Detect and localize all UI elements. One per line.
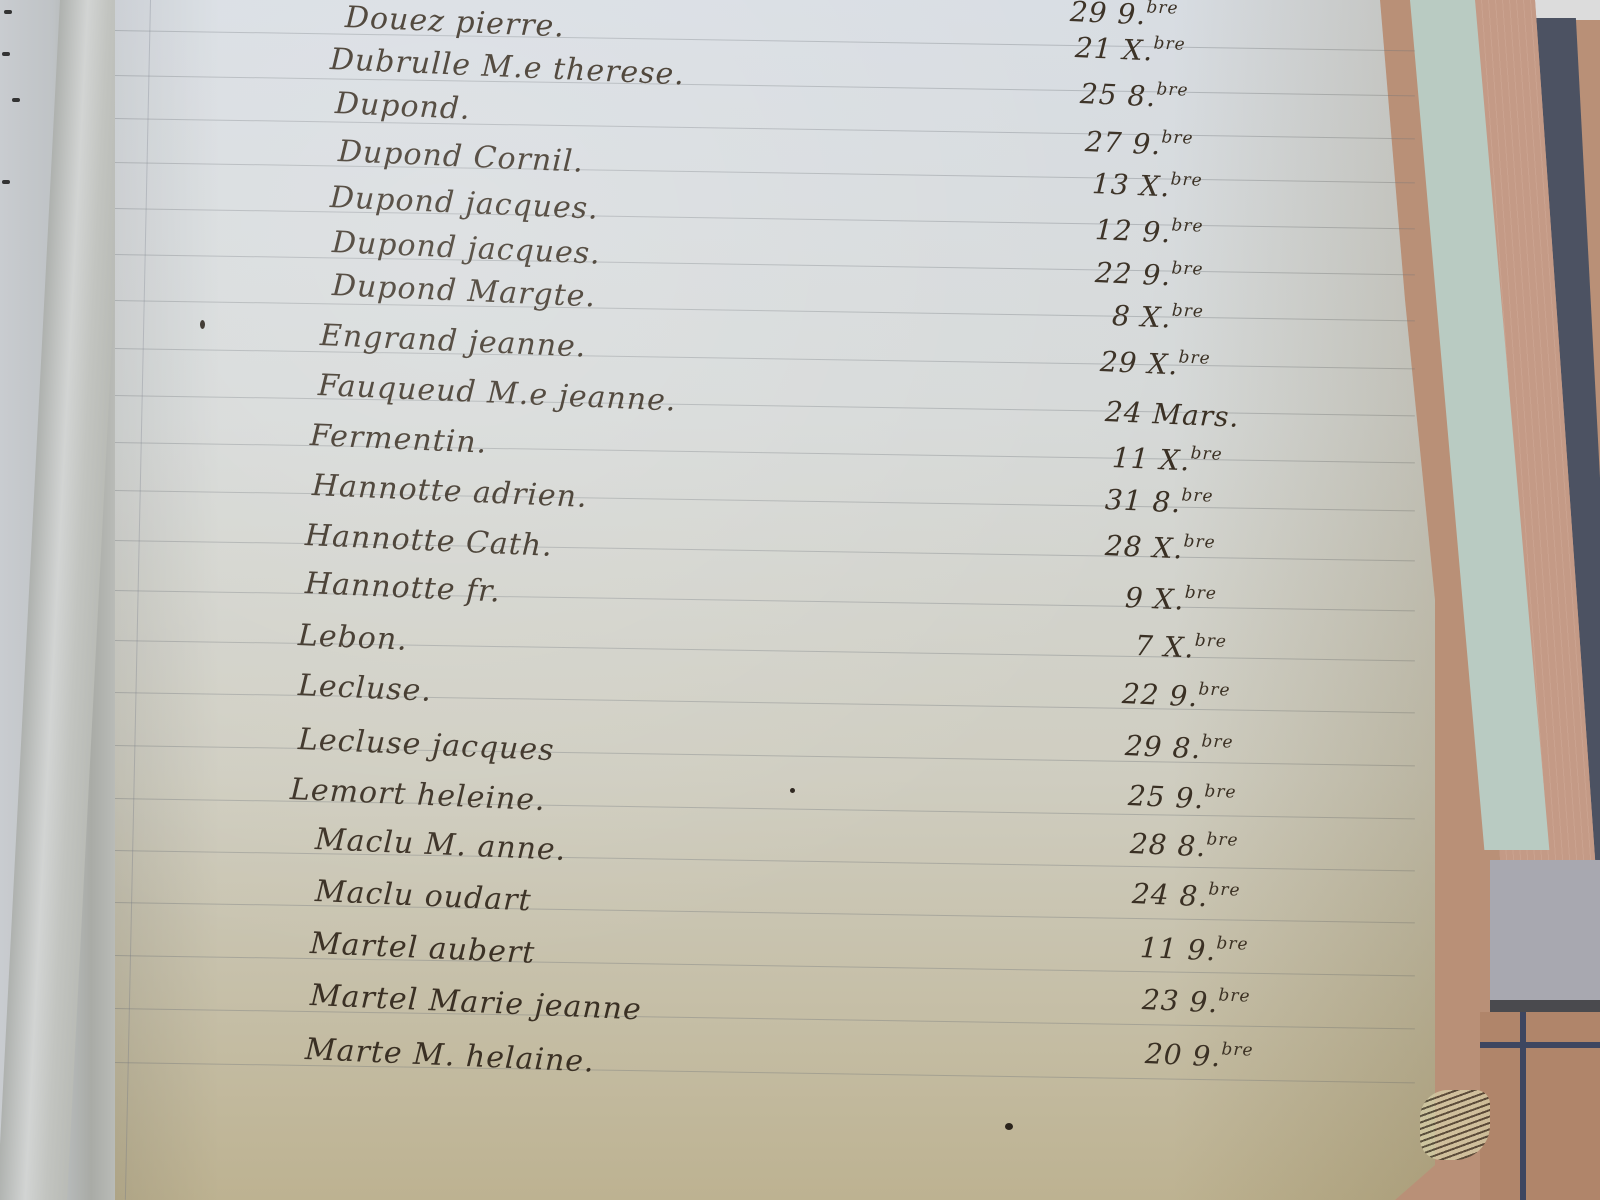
entry-date: 13 X.bre (1091, 166, 1203, 205)
entry-date: 27 9.bre (1084, 124, 1194, 163)
entry-month: 9. (1189, 985, 1219, 1019)
worn-page-corner (1420, 1090, 1490, 1160)
entry-date: 12 9.bre (1094, 212, 1204, 251)
entry-date: 29 X.bre (1099, 344, 1211, 383)
entry-day: 25 (1127, 779, 1166, 814)
entry-month-suffix: bre (1156, 79, 1189, 100)
entry-month-suffix: bre (1208, 879, 1241, 900)
entry-month-suffix: bre (1190, 443, 1223, 464)
entry-month-suffix: bre (1183, 531, 1216, 552)
entry-day: 22 (1094, 256, 1133, 291)
entry-day: 23 (1141, 983, 1180, 1018)
entry-month-suffix: bre (1178, 347, 1211, 368)
entry-month-suffix: bre (1201, 731, 1234, 752)
entry-day: 25 (1079, 77, 1118, 112)
entry-name: Dupond Margte. (331, 268, 596, 314)
entry-date: 29 8.bre (1124, 728, 1234, 767)
entry-name: Marte M. helaine. (304, 1032, 595, 1080)
entry-day: 24 (1104, 395, 1143, 430)
entry-date: 28 X.bre (1104, 528, 1216, 567)
entry-day: 27 (1084, 125, 1123, 160)
entry-date: 22 9.bre (1121, 676, 1231, 715)
entry-day: 20 (1144, 1037, 1183, 1072)
entry-date: 9 X.bre (1124, 580, 1217, 618)
entry-day: 12 (1094, 213, 1133, 248)
entry-name: Dubrulle M.e therese. (329, 42, 685, 92)
entry-date: 25 9.bre (1127, 778, 1237, 817)
entry-name: Maclu oudart (314, 874, 532, 918)
entry-month: 9. (1187, 933, 1217, 967)
entry-name: Fauqueud M.e jeanne. (317, 368, 677, 419)
entry-name: Lecluse. (297, 668, 432, 709)
entry-month: 8. (1177, 829, 1207, 863)
entry-month: Mars. (1152, 397, 1240, 434)
entry-month: 9. (1117, 0, 1147, 31)
entry-month: 8. (1172, 731, 1202, 765)
entry-name: Hannotte fr. (304, 566, 501, 610)
ink-dot (790, 788, 795, 793)
entry-day: 7 (1134, 629, 1154, 663)
entry-month: 9. (1132, 127, 1162, 161)
entry-month-suffix: bre (1204, 781, 1237, 802)
entry-day: 13 (1091, 167, 1130, 202)
entry-month-suffix: bre (1171, 258, 1204, 279)
entry-name: Dupond Cornil. (337, 134, 584, 180)
entry-month-suffix: bre (1171, 215, 1204, 236)
entry-day: 31 (1104, 483, 1143, 518)
entry-name: Dupond jacques. (331, 225, 601, 272)
entry-month-suffix: bre (1216, 933, 1249, 954)
entry-month: X. (1139, 169, 1171, 203)
register-entries: Douez pierre. Dubrulle M.e therese. Dupo… (0, 0, 1600, 1200)
entry-month-suffix: bre (1221, 1039, 1254, 1060)
entry-name: Lemort heleine. (289, 772, 546, 818)
entry-date: 20 9.bre (1144, 1036, 1254, 1075)
entry-month: X. (1153, 582, 1185, 616)
entry-month-suffix: bre (1170, 169, 1203, 190)
entry-month: X. (1163, 630, 1195, 664)
entry-date: 29 9.bre (1069, 0, 1179, 33)
entry-date: 7 X.bre (1134, 628, 1227, 666)
entry-name: Dupond jacques. (329, 180, 599, 227)
entry-day: 8 (1111, 299, 1131, 333)
entry-day: 22 (1121, 677, 1160, 712)
entry-date: 11 9.bre (1139, 930, 1249, 969)
entry-date: 22 9.bre (1094, 255, 1204, 294)
entry-name: Lecluse jacques (297, 722, 555, 768)
entry-name: Dupond. (334, 86, 471, 127)
entry-date: 23 9.bre (1141, 982, 1251, 1021)
entry-date: 11 X.bre (1111, 440, 1223, 479)
entry-day: 21 (1074, 31, 1113, 66)
entry-day: 29 (1124, 729, 1163, 764)
entry-name: Hannotte adrien. (311, 468, 588, 515)
entry-date: 25 8.bre (1079, 76, 1189, 115)
entry-month-suffix: bre (1161, 127, 1194, 148)
entry-month: 8. (1127, 79, 1157, 113)
entry-month: X. (1159, 443, 1191, 477)
entry-day: 11 (1139, 931, 1178, 966)
entry-name: Martel Marie jeanne (309, 978, 642, 1027)
entry-name: Maclu M. anne. (314, 822, 567, 868)
entry-name: Fermentin. (309, 418, 488, 461)
entry-month-suffix: bre (1194, 631, 1227, 652)
entry-month-suffix: bre (1206, 829, 1239, 850)
entry-day: 28 (1129, 827, 1168, 862)
entry-month: 9. (1192, 1039, 1222, 1073)
entry-name: Martel aubert (309, 926, 536, 971)
entry-month: 9. (1169, 679, 1199, 713)
entry-month: X. (1122, 33, 1154, 67)
entry-date: 24 8.bre (1131, 876, 1241, 915)
entry-date: 24 Mars. (1104, 394, 1240, 434)
entry-date: 28 8.bre (1129, 826, 1239, 865)
entry-day: 29 (1069, 0, 1108, 30)
entry-month: X. (1140, 300, 1172, 334)
entry-month-suffix: bre (1153, 33, 1186, 54)
entry-month-suffix: bre (1198, 679, 1231, 700)
entry-day: 9 (1124, 581, 1144, 615)
entry-day: 11 (1111, 441, 1150, 476)
entry-month-suffix: bre (1218, 985, 1251, 1006)
entry-month-suffix: bre (1146, 0, 1179, 19)
entry-name: Engrand jeanne. (319, 318, 587, 365)
entry-month: 9. (1175, 781, 1205, 815)
entry-month: 9. (1142, 215, 1172, 249)
entry-date: 31 8.bre (1104, 482, 1214, 521)
entry-month-suffix: bre (1171, 301, 1204, 322)
entry-day: 24 (1131, 877, 1170, 912)
entry-name: Douez pierre. (344, 0, 565, 45)
entry-month-suffix: bre (1184, 583, 1217, 604)
entry-month: 8. (1152, 485, 1182, 519)
entry-month-suffix: bre (1181, 485, 1214, 506)
ink-dot (200, 320, 205, 329)
entry-name: Hannotte Cath. (304, 518, 553, 564)
entry-date: 21 X.bre (1074, 30, 1186, 69)
entry-month: 8. (1179, 879, 1209, 913)
ink-dot (1005, 1123, 1013, 1130)
entry-month: X. (1152, 531, 1184, 565)
entry-month: 9. (1142, 258, 1172, 292)
entry-day: 29 (1099, 345, 1138, 380)
entry-name: Lebon. (297, 618, 408, 658)
entry-day: 28 (1104, 529, 1143, 564)
entry-date: 8 X.bre (1111, 298, 1204, 336)
entry-month: X. (1147, 347, 1179, 381)
